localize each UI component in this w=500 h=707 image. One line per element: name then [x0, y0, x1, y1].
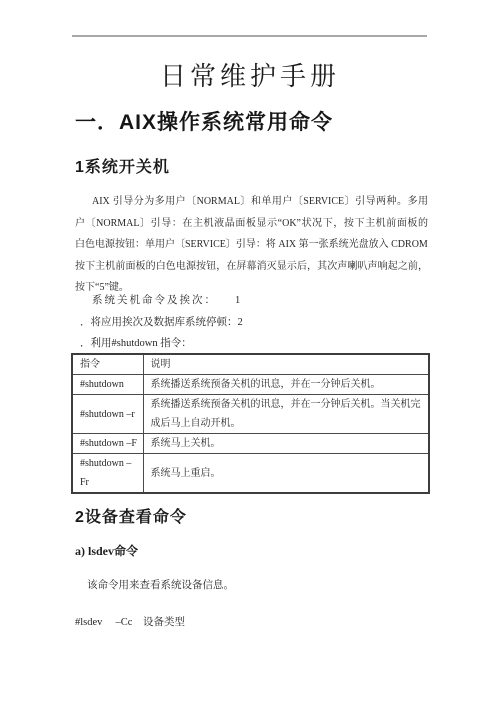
paragraph-line: AIX 引导分为多用户〔NORMAL〕和单用户〔SERVICE〕引导两种。多用	[75, 191, 428, 213]
subsection-heading: a) lsdev命令	[75, 542, 138, 559]
shutdown-list-line: ．将应用挨次及数据库系统停顿：2	[80, 316, 243, 330]
section-1-heading: 1系统开关机	[75, 154, 170, 177]
paragraph-line: 白色电源按钮：单用户〔SERVICE〕引导：将 AIX 第一张系统光盘放入 CD…	[75, 234, 428, 256]
description-cell: 系统马上关机。	[143, 434, 429, 454]
command-cell: #shutdown –F	[72, 434, 143, 454]
description-cell: 系统播送系统预备关机的讯息，并在一分钟后关机。	[143, 375, 429, 395]
chapter-heading: 一．AIX操作系统常用命令	[75, 106, 333, 136]
description-cell: 系统播送系统预备关机的讯息，并在一分钟后关机。当关机完成后马上自动开机。	[143, 395, 429, 434]
header-rule	[72, 35, 427, 37]
description-cell: 系统马上重启。	[143, 454, 429, 494]
command-example: #lsdev –Cc 设备类型	[75, 614, 185, 629]
table-header-command: 指令	[72, 354, 143, 375]
table-row: #shutdown –r 系统播送系统预备关机的讯息，并在一分钟后关机。当关机完…	[72, 395, 429, 434]
table-header-description: 说明	[143, 354, 429, 375]
shutdown-list-line: ．利用#shutdown 指令：	[80, 337, 192, 351]
document-page: 日常维护手册 一．AIX操作系统常用命令 1系统开关机 AIX 引导分为多用户〔…	[0, 0, 500, 707]
page-title: 日常维护手册	[0, 56, 500, 93]
paragraph-line: 户〔NORMAL〕引导：在主机液晶面板显示“OK”状况下，按下主机前面板的	[75, 213, 428, 235]
shutdown-list-number: 1	[235, 294, 240, 308]
table-row: #shutdown –Fr 系统马上重启。	[72, 454, 429, 494]
command-description: 该命令用来查看系统设备信息。	[87, 577, 234, 592]
command-cell: #shutdown –Fr	[72, 454, 143, 494]
paragraph-line: 按下主机前面板的白色电源按钮，在屏幕消灭显示后，其次声喇叭声响起之前，	[75, 256, 428, 278]
intro-paragraph: AIX 引导分为多用户〔NORMAL〕和单用户〔SERVICE〕引导两种。多用 …	[75, 191, 428, 299]
shutdown-list-text: 系统关机命令及挨次：	[92, 295, 217, 306]
section-2-heading: 2设备查看命令	[75, 504, 187, 527]
shutdown-command-table: 指令 说明 #shutdown 系统播送系统预备关机的讯息，并在一分钟后关机。 …	[71, 353, 430, 494]
table-row: #shutdown 系统播送系统预备关机的讯息，并在一分钟后关机。	[72, 375, 429, 395]
command-cell: #shutdown –r	[72, 395, 143, 434]
table-row: #shutdown –F 系统马上关机。	[72, 434, 429, 454]
command-cell: #shutdown	[72, 375, 143, 395]
table-header-row: 指令 说明	[72, 354, 429, 375]
shutdown-list-line: 系统关机命令及挨次： 1	[92, 294, 217, 308]
